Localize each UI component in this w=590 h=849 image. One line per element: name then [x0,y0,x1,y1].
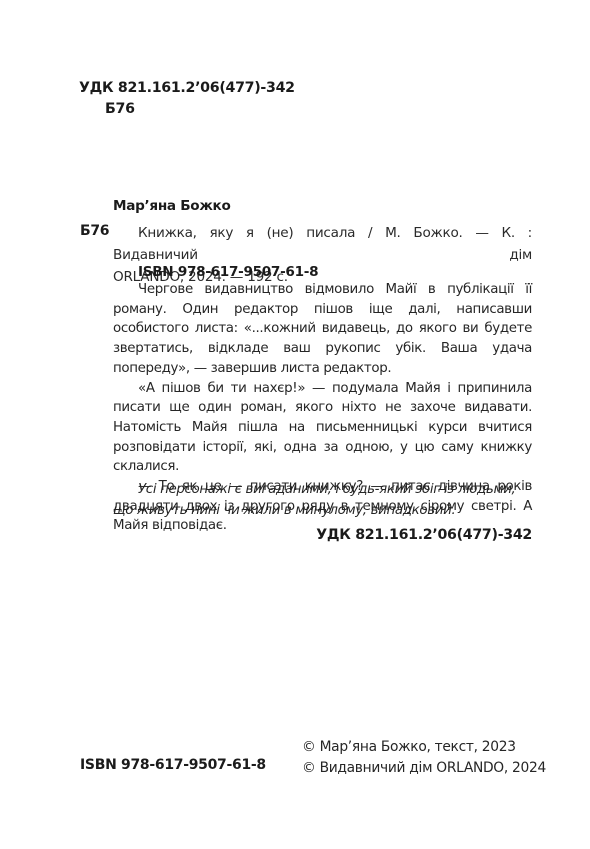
annotation-paragraph: «А пішов би ти нахєр!» — подумала Майя і… [113,379,532,478]
footer-isbn: ISBN 978-617-9507-61-8 [80,757,266,773]
author-code: Б76 [105,101,135,117]
catalog-author-code: Б76 [80,223,109,239]
udk-classification-bottom: УДК 821.161.2’06(477)-342 [316,527,532,543]
catalog-author: Мар’яна Божко [113,198,231,214]
annotation-paragraph: Чергове видавництво відмовило Майї в пуб… [113,280,532,379]
copyright-block: © Мар’яна Божко, текст, 2023 © Видавничи… [302,737,546,778]
fiction-disclaimer: Усі персонажі є вигаданими, і будь-який … [113,480,532,521]
catalog-isbn: ISBN 978-617-9507-61-8 [138,264,318,280]
copyright-text: © Мар’яна Божко, текст, 2023 [302,737,546,758]
catalog-description-line1: Книжка, яку я (не) писала / М. Божко. — … [113,225,532,263]
udk-classification: УДК 821.161.2’06(477)-342 [79,80,295,96]
copyright-publisher: © Видавничий дім ORLANDO, 2024 [302,758,546,779]
